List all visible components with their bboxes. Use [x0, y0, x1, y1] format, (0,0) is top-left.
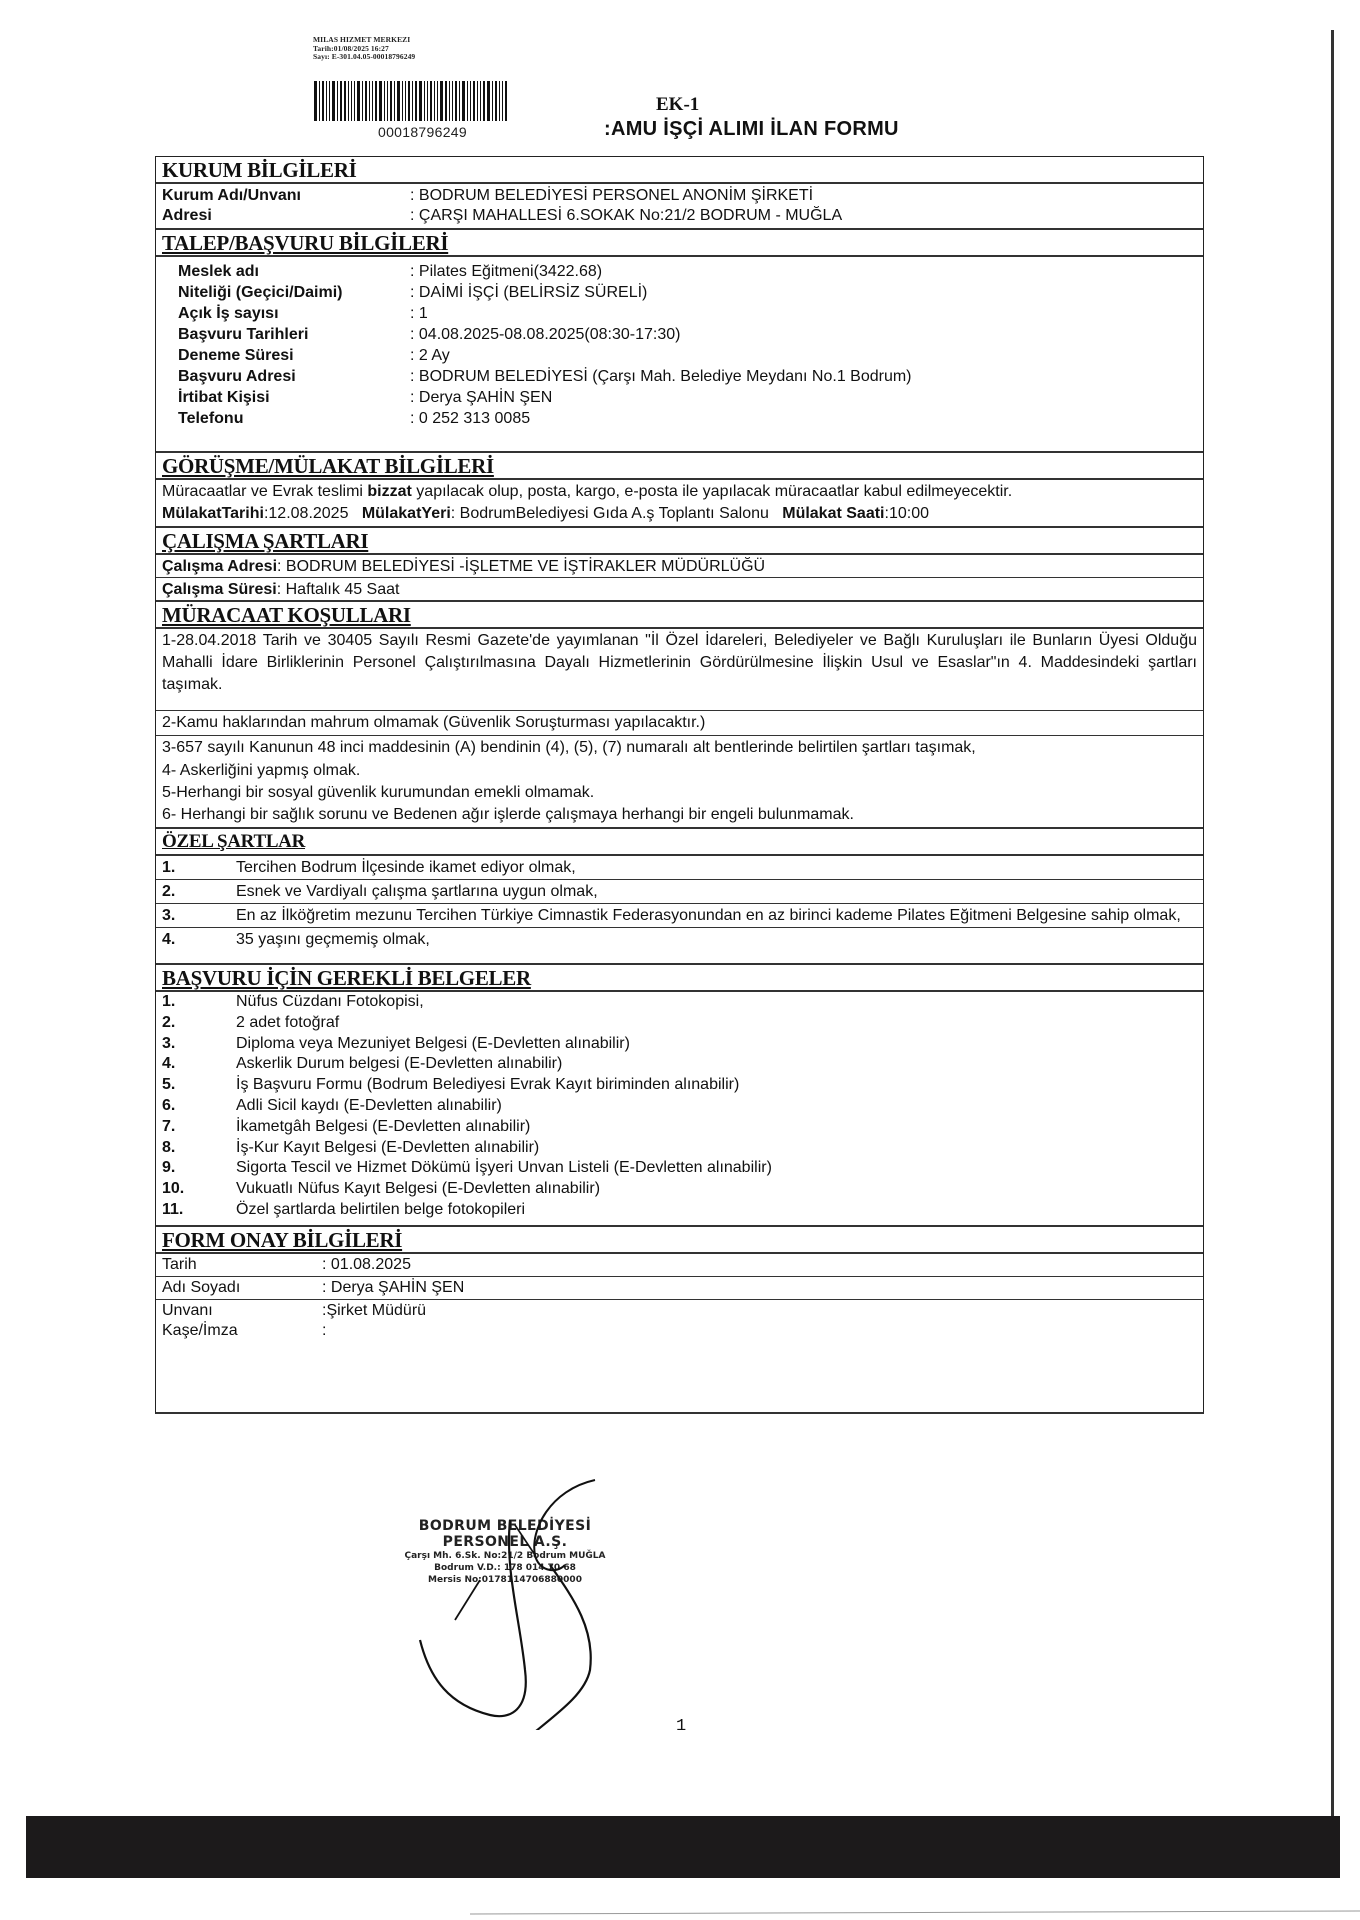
item-text: 35 yaşını geçmemiş olmak, — [236, 929, 430, 950]
stamp-line: Bodrum V.D.: 178 014 70 68 — [385, 1562, 625, 1574]
approval-label: Tarih — [162, 1255, 322, 1275]
section-talep-title: TALEP/BAŞVURU BİLGİLERİ — [156, 230, 1203, 257]
item-number: 3. — [162, 1034, 236, 1055]
stamp-number: Sayı: E-301.04.05-00018796249 — [313, 53, 415, 62]
condition-item: 1-28.04.2018 Tarih ve 30405 Sayılı Resmi… — [156, 629, 1203, 711]
required-document-item: 6.Adli Sicil kaydı (E-Devletten alınabil… — [156, 1096, 1203, 1117]
stamp-line: PERSONEL A.Ş. — [385, 1534, 625, 1550]
required-document-item: 2.2 adet fotoğraf — [156, 1013, 1203, 1034]
scan-edge — [470, 1910, 1360, 1914]
condition-item: 2-Kamu haklarından mahrum olmamak (Güven… — [156, 711, 1203, 736]
stamp-line: Çarşı Mh. 6.Sk. No:21/2 Bodrum MUĞLA — [385, 1550, 625, 1562]
notice-text: Müracaatlar ve Evrak teslimi — [162, 483, 367, 500]
interview-place-label: MülakatYeri — [362, 505, 451, 522]
approval-row: Kaşe/İmza : — [156, 1321, 1203, 1412]
stamp-line: Mersis No:0178114706880000 — [385, 1574, 625, 1586]
section-calisma-title: ÇALIŞMA ŞARTLARI — [156, 528, 1203, 555]
item-text: Diploma veya Mezuniyet Belgesi (E-Devlet… — [236, 1034, 630, 1055]
item-text: İkametgâh Belgesi (E-Devletten alınabili… — [236, 1117, 530, 1138]
talep-label: Niteliği (Geçici/Daimi) — [178, 282, 410, 303]
talep-row: Açık İş sayısı: 1 — [178, 303, 1203, 324]
talep-label: Deneme Süresi — [178, 345, 410, 366]
approval-signature: : — [322, 1321, 326, 1411]
kurum-row: Adresi : ÇARŞI MAHALLESİ 6.SOKAK No:21/2… — [156, 206, 1203, 226]
form-title: :AMU İŞÇİ ALIMI İLAN FORMU — [604, 118, 899, 141]
item-number: 8. — [162, 1138, 236, 1159]
item-number: 3. — [162, 905, 236, 926]
section-ozel: 1.Tercihen Bodrum İlçesinde ikamet ediyo… — [156, 856, 1203, 951]
announcement-form: KURUM BİLGİLERİ Kurum Adı/Unvanı : BODRU… — [155, 156, 1204, 1414]
talep-label: Telefonu — [178, 408, 410, 429]
talep-row: Meslek adı: Pilates Eğitmeni(3422.68) — [178, 261, 1203, 282]
section-kurum-title: KURUM BİLGİLERİ — [156, 157, 1203, 184]
condition-item: 6- Herhangi bir sağlık sorunu ve Bedenen… — [156, 804, 1203, 829]
kurum-value: : BODRUM BELEDİYESİ PERSONEL ANONİM ŞİRK… — [410, 186, 813, 206]
condition-item: 3-657 sayılı Kanunun 48 inci maddesinin … — [156, 736, 1203, 760]
required-document-item: 5.İş Başvuru Formu (Bodrum Belediyesi Ev… — [156, 1075, 1203, 1096]
annex-label: EK-1 — [656, 94, 699, 116]
work-hours-row: Çalışma Süresi : Haftalık 45 Saat — [156, 578, 1203, 602]
interview-date-label: MülakatTarihi — [162, 505, 264, 522]
talep-row: Telefonu: 0 252 313 0085 — [178, 408, 1203, 429]
kurum-value: : ÇARŞI MAHALLESİ 6.SOKAK No:21/2 BODRUM… — [410, 206, 842, 226]
section-talep: Meslek adı: Pilates Eğitmeni(3422.68)Nit… — [156, 257, 1203, 453]
work-hours: : Haftalık 45 Saat — [277, 580, 400, 600]
required-document-item: 7.İkametgâh Belgesi (E-Devletten alınabi… — [156, 1117, 1203, 1138]
section-belgeler-title: BAŞVURU İÇİN GEREKLİ BELGELER — [156, 963, 1203, 992]
required-document-item: 8.İş-Kur Kayıt Belgesi (E-Devletten alın… — [156, 1138, 1203, 1159]
required-document-item: 3.Diploma veya Mezuniyet Belgesi (E-Devl… — [156, 1034, 1203, 1055]
talep-row: Niteliği (Geçici/Daimi): DAİMİ İŞÇİ (BEL… — [178, 282, 1203, 303]
registry-stamp: MILAS HIZMET MERKEZI Tarih:01/08/2025 16… — [313, 36, 415, 62]
signature-icon — [360, 1470, 660, 1730]
interview-notice: Müracaatlar ve Evrak teslimi bizzat yapı… — [156, 480, 1203, 528]
talep-label: Başvuru Tarihleri — [178, 324, 410, 345]
required-document-item: 9.Sigorta Tescil ve Hizmet Dökümü İşyeri… — [156, 1158, 1203, 1179]
barcode-number: 00018796249 — [378, 124, 467, 140]
item-text: Askerlik Durum belgesi (E-Devletten alın… — [236, 1054, 562, 1075]
required-document-item: 10.Vukuatlı Nüfus Kayıt Belgesi (E-Devle… — [156, 1179, 1203, 1200]
item-number: 1. — [162, 992, 236, 1013]
item-text: İş Başvuru Formu (Bodrum Belediyesi Evra… — [236, 1075, 739, 1096]
notice-bold: bizzat — [367, 483, 411, 500]
talep-row: Deneme Süresi: 2 Ay — [178, 345, 1203, 366]
approval-title: :Şirket Müdürü — [322, 1301, 426, 1321]
page-edge — [1331, 30, 1334, 1830]
approval-label: Unvanı — [162, 1301, 322, 1321]
section-muracaat-title: MÜRACAAT KOŞULLARI — [156, 602, 1203, 629]
approval-row: Unvanı :Şirket Müdürü — [156, 1300, 1203, 1321]
talep-label: İrtibat Kişisi — [178, 387, 410, 408]
special-condition-item: 1.Tercihen Bodrum İlçesinde ikamet ediyo… — [156, 856, 1203, 880]
talep-value: : DAİMİ İŞÇİ (BELİRSİZ SÜRELİ) — [410, 282, 647, 303]
item-number: 1. — [162, 857, 236, 878]
section-onay-title: FORM ONAY BİLGİLERİ — [156, 1227, 1203, 1254]
stamp-line: BODRUM BELEDİYESİ — [385, 1518, 625, 1534]
condition-item: 5-Herhangi bir sosyal güvenlik kurumunda… — [156, 782, 1203, 804]
item-number: 5. — [162, 1075, 236, 1096]
item-number: 11. — [162, 1200, 236, 1221]
talep-value: : 1 — [410, 303, 428, 324]
approval-date: : 01.08.2025 — [322, 1255, 411, 1275]
work-address: : BODRUM BELEDİYESİ -İŞLETME VE İŞTİRAKL… — [277, 557, 765, 577]
talep-row: Başvuru Tarihleri: 04.08.2025-08.08.2025… — [178, 324, 1203, 345]
item-number: 6. — [162, 1096, 236, 1117]
talep-row: Başvuru Adresi: BODRUM BELEDİYESİ (Çarşı… — [178, 366, 1203, 387]
approval-row: Tarih : 01.08.2025 — [156, 1254, 1203, 1277]
interview-time-label: Mülakat Saati — [782, 505, 884, 522]
item-text: En az İlköğretim mezunu Tercihen Türkiye… — [236, 907, 1181, 924]
barcode-icon — [314, 81, 602, 121]
item-text: Esnek ve Vardiyalı çalışma şartlarına uy… — [236, 881, 598, 902]
condition-item: 4- Askerliğini yapmış olmak. — [156, 760, 1203, 782]
special-condition-item: 3.En az İlköğretim mezunu Tercihen Türki… — [156, 904, 1203, 928]
item-text: Adli Sicil kaydı (E-Devletten alınabilir… — [236, 1096, 502, 1117]
required-document-item: 4.Askerlik Durum belgesi (E-Devletten al… — [156, 1054, 1203, 1075]
item-number: 2. — [162, 1013, 236, 1034]
section-kurum: Kurum Adı/Unvanı : BODRUM BELEDİYESİ PER… — [156, 184, 1203, 230]
notice-text: yapılacak olup, posta, kargo, e-posta il… — [412, 483, 1012, 500]
item-text: Vukuatlı Nüfus Kayıt Belgesi (E-Devlette… — [236, 1179, 600, 1200]
work-address-row: Çalışma Adresi : BODRUM BELEDİYESİ -İŞLE… — [156, 555, 1203, 578]
interview-place: : BodrumBelediyesi Gıda A.ş Toplantı Sal… — [451, 505, 769, 522]
item-number: 9. — [162, 1158, 236, 1179]
talep-label: Başvuru Adresi — [178, 366, 410, 387]
required-document-item: 11.Özel şartlarda belirtilen belge fotok… — [156, 1200, 1203, 1221]
talep-value: : Derya ŞAHİN ŞEN — [410, 387, 552, 408]
talep-label: Meslek adı — [178, 261, 410, 282]
item-text: Tercihen Bodrum İlçesinde ikamet ediyor … — [236, 857, 576, 878]
talep-label: Açık İş sayısı — [178, 303, 410, 324]
item-number: 4. — [162, 1054, 236, 1075]
section-gorusme-title: GÖRÜŞME/MÜLAKAT BİLGİLERİ — [156, 453, 1203, 480]
talep-value: : 2 Ay — [410, 345, 450, 366]
page-number: 1 — [676, 1717, 686, 1736]
item-text: 2 adet fotoğraf — [236, 1013, 339, 1034]
talep-value: : BODRUM BELEDİYESİ (Çarşı Mah. Belediye… — [410, 366, 912, 387]
talep-row: İrtibat Kişisi: Derya ŞAHİN ŞEN — [178, 387, 1203, 408]
talep-value: : 04.08.2025-08.08.2025(08:30-17:30) — [410, 324, 680, 345]
item-number: 4. — [162, 929, 236, 950]
special-condition-item: 2.Esnek ve Vardiyalı çalışma şartlarına … — [156, 880, 1203, 904]
talep-value: : Pilates Eğitmeni(3422.68) — [410, 261, 602, 282]
item-number: 7. — [162, 1117, 236, 1138]
item-text: Nüfus Cüzdanı Fotokopisi, — [236, 992, 424, 1013]
work-hours-label: Çalışma Süresi — [162, 580, 277, 600]
company-stamp: BODRUM BELEDİYESİ PERSONEL A.Ş. Çarşı Mh… — [385, 1518, 625, 1586]
section-belgeler: 1.Nüfus Cüzdanı Fotokopisi,2.2 adet foto… — [156, 992, 1203, 1227]
item-text: İş-Kur Kayıt Belgesi (E-Devletten alınab… — [236, 1138, 539, 1159]
required-document-item: 1.Nüfus Cüzdanı Fotokopisi, — [156, 992, 1203, 1013]
approval-row: Adı Soyadı : Derya ŞAHİN ŞEN — [156, 1277, 1203, 1300]
approval-label: Adı Soyadı — [162, 1278, 322, 1298]
kurum-label: Kurum Adı/Unvanı — [162, 186, 410, 206]
talep-value: : 0 252 313 0085 — [410, 408, 530, 429]
item-number: 2. — [162, 881, 236, 902]
section-ozel-title: ÖZEL ŞARTLAR — [156, 829, 1203, 856]
approval-name: : Derya ŞAHİN ŞEN — [322, 1278, 464, 1298]
item-text: Sigorta Tescil ve Hizmet Dökümü İşyeri U… — [236, 1158, 772, 1179]
item-text: Özel şartlarda belirtilen belge fotokopi… — [236, 1200, 525, 1221]
interview-date: :12.08.2025 — [264, 505, 349, 522]
special-condition-item: 4. 35 yaşını geçmemiş olmak, — [156, 928, 1203, 951]
interview-time: :10:00 — [885, 505, 929, 522]
approval-label: Kaşe/İmza — [162, 1321, 322, 1411]
kurum-label: Adresi — [162, 206, 410, 226]
kurum-row: Kurum Adı/Unvanı : BODRUM BELEDİYESİ PER… — [156, 186, 1203, 206]
item-number: 10. — [162, 1179, 236, 1200]
scan-border — [26, 1816, 1340, 1878]
work-address-label: Çalışma Adresi — [162, 557, 277, 577]
